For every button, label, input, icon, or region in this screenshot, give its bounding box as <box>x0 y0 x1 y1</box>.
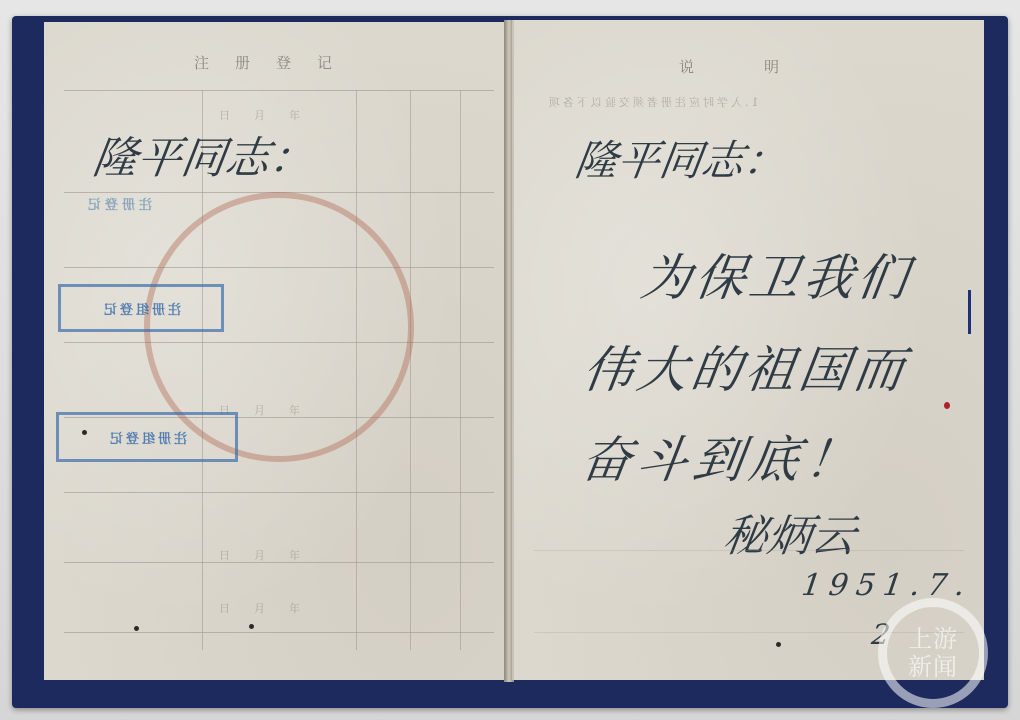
grid-label: 年 <box>289 600 300 616</box>
right-printed-title: 说明 <box>679 56 849 77</box>
handwritten-salutation: 隆平同志： <box>572 128 790 188</box>
grid-label: 年 <box>289 547 300 563</box>
handwritten-line-1: 为保卫我们 <box>637 238 917 310</box>
grid-line <box>64 632 494 633</box>
left-page: 注册登记 日 月 年 日 月 年 日 月 年 日 月 年 注册登记 注册组登记 … <box>44 22 508 680</box>
blue-box-stamp: 注册组登记 <box>58 284 224 332</box>
blue-pen-mark <box>968 290 971 334</box>
ink-spot <box>82 430 87 435</box>
grid-line <box>410 90 411 650</box>
grid-label: 月 <box>254 547 265 563</box>
blue-box-stamp: 注册组登记 <box>56 412 238 462</box>
grid-line <box>64 562 494 563</box>
grid-line <box>460 90 461 650</box>
faint-rule <box>534 550 964 551</box>
grid-label: 年 <box>289 107 300 123</box>
grid-label: 月 <box>254 600 265 616</box>
left-printed-title: 注册登记 <box>194 52 358 73</box>
handwritten-salutation: 隆平同志： <box>90 122 319 186</box>
watermark-line-2: 新闻 <box>908 653 958 681</box>
ink-spot <box>776 642 781 647</box>
handwritten-signature: 秘炳云 <box>720 500 861 564</box>
grid-label: 月 <box>254 107 265 123</box>
ink-spot <box>134 626 139 631</box>
right-page: 说明 1.入学时应注册者须交验以下各项 隆平同志： 为保卫我们 伟大的祖国而 奋… <box>512 20 984 680</box>
news-watermark-logo: 上游 新闻 <box>878 598 988 708</box>
watermark-line-1: 上游 <box>908 625 958 653</box>
grid-label: 日 <box>219 600 230 616</box>
handwritten-line-2: 伟大的祖国而 <box>579 330 913 402</box>
grid-label: 日 <box>219 547 230 563</box>
handwritten-date: 1951.7. <box>800 568 975 603</box>
red-ink-spot <box>944 402 950 409</box>
ink-spot <box>249 624 254 629</box>
grid-label: 日 <box>219 107 230 123</box>
faint-blue-stamp: 注册登记 <box>84 194 152 213</box>
handwritten-line-3: 奋斗到底！ <box>577 420 867 492</box>
grid-line <box>64 492 494 493</box>
printed-instruction-line: 1.入学时应注册者须交验以下各项 <box>546 94 759 110</box>
header-rule <box>64 90 494 91</box>
